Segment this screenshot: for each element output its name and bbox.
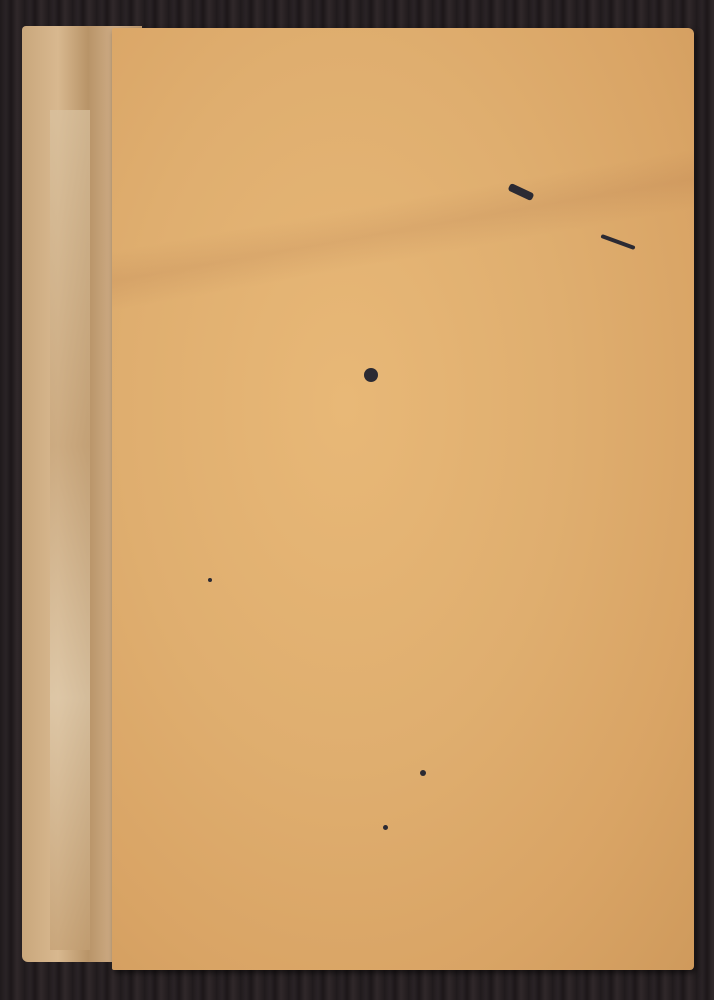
ink-spot bbox=[364, 368, 378, 382]
cover-crease bbox=[112, 130, 694, 330]
ink-dot bbox=[208, 578, 212, 582]
ink-dot bbox=[420, 770, 426, 776]
torn-spine-paper bbox=[50, 110, 90, 950]
ink-dot bbox=[383, 825, 388, 830]
